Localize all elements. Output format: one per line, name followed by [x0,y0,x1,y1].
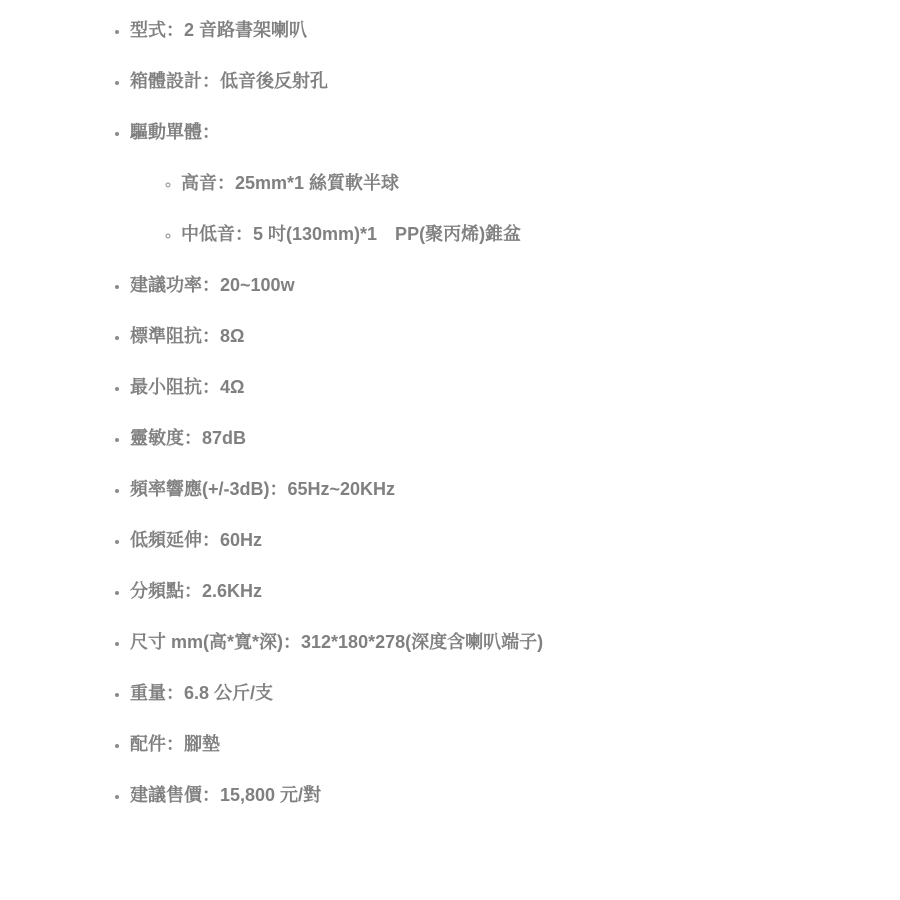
spec-item-text: 建議售價：15,800 元/對 [130,785,321,805]
spec-item-text: 靈敏度：87dB [130,428,246,448]
spec-item: 箱體設計：低音後反射孔 [130,70,880,92]
spec-item-text: 型式：2 音路書架喇叭 [130,20,307,40]
spec-item: 尺寸 mm(高*寬*深)：312*180*278(深度含喇叭端子) [130,631,880,653]
spec-item: 型式：2 音路書架喇叭 [130,19,880,41]
spec-item-text: 重量：6.8 公斤/支 [130,683,273,703]
spec-item-text: 低頻延伸：60Hz [130,530,262,550]
spec-item: 建議功率：20~100w [130,274,880,296]
spec-item: 分頻點：2.6KHz [130,580,880,602]
spec-item: 最小阻抗：4Ω [130,376,880,398]
sub-spec-list: 高音：25mm*1 絲質軟半球 中低音：5 吋(130mm)*1 PP(聚丙烯)… [130,172,880,245]
spec-item-text: 配件：腳墊 [130,734,220,754]
spec-item-text: 最小阻抗：4Ω [130,377,244,397]
spec-item-text: 驅動單體： [130,122,220,142]
spec-item: 低頻延伸：60Hz [130,529,880,551]
spec-item: 重量：6.8 公斤/支 [130,682,880,704]
spec-list: 型式：2 音路書架喇叭 箱體設計：低音後反射孔 驅動單體： 高音：25mm*1 … [0,0,900,806]
spec-item-text: 分頻點：2.6KHz [130,581,262,601]
sub-spec-item-text: 中低音：5 吋(130mm)*1 PP(聚丙烯)錐盆 [181,224,521,244]
spec-item-text: 標準阻抗：8Ω [130,326,244,346]
spec-item-text: 箱體設計：低音後反射孔 [130,71,328,91]
spec-item: 頻率響應(+/-3dB)：65Hz~20KHz [130,478,880,500]
spec-item-text: 尺寸 mm(高*寬*深)：312*180*278(深度含喇叭端子) [130,632,543,652]
spec-item: 靈敏度：87dB [130,427,880,449]
spec-item-text: 建議功率：20~100w [130,275,295,295]
spec-item: 標準阻抗：8Ω [130,325,880,347]
spec-item: 建議售價：15,800 元/對 [130,784,880,806]
spec-item-text: 頻率響應(+/-3dB)：65Hz~20KHz [130,479,395,499]
spec-item: 驅動單體： 高音：25mm*1 絲質軟半球 中低音：5 吋(130mm)*1 P… [130,121,880,245]
sub-spec-item: 高音：25mm*1 絲質軟半球 [181,172,880,194]
sub-spec-item-text: 高音：25mm*1 絲質軟半球 [181,173,399,193]
product-spec-page: 型式：2 音路書架喇叭 箱體設計：低音後反射孔 驅動單體： 高音：25mm*1 … [0,0,900,900]
sub-spec-item: 中低音：5 吋(130mm)*1 PP(聚丙烯)錐盆 [181,223,880,245]
spec-item: 配件：腳墊 [130,733,880,755]
